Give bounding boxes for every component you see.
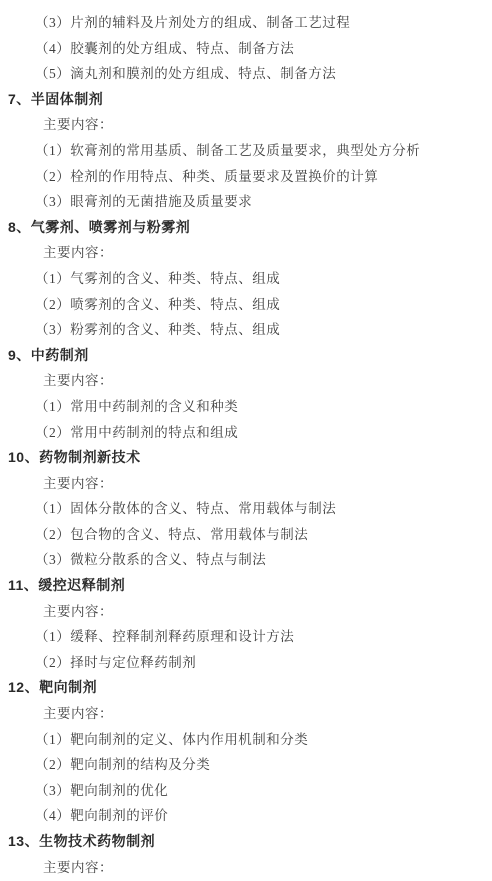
content-item: （4）胶囊剂的处方组成、特点、制备方法 <box>0 36 492 62</box>
section-title: 13、生物技术药物制剂 <box>0 829 492 855</box>
section-subtitle: 主要内容： <box>0 855 492 881</box>
section-title: 7、半固体制剂 <box>0 87 492 113</box>
section-title: 9、中药制剂 <box>0 343 492 369</box>
section-title: 8、气雾剂、喷雾剂与粉雾剂 <box>0 215 492 241</box>
content-item: （3）靶向制剂的优化 <box>0 778 492 804</box>
content-item: （1）气雾剂的含义、种类、特点、组成 <box>0 266 492 292</box>
content-item: （1）靶向制剂的定义、体内作用机制和分类 <box>0 727 492 753</box>
content-item: （1）软膏剂的常用基质、制备工艺及质量要求，典型处方分析 <box>0 138 492 164</box>
section-subtitle: 主要内容： <box>0 471 492 497</box>
section-title: 11、缓控迟释制剂 <box>0 573 492 599</box>
content-item: （3）眼膏剂的无菌措施及质量要求 <box>0 189 492 215</box>
section-subtitle: 主要内容： <box>0 240 492 266</box>
content-item: （3）粉雾剂的含义、种类、特点、组成 <box>0 317 492 343</box>
content-item: （2）喷雾剂的含义、种类、特点、组成 <box>0 292 492 318</box>
section-subtitle: 主要内容： <box>0 701 492 727</box>
content-item: （2）择时与定位释药制剂 <box>0 650 492 676</box>
content-item: （2）栓剂的作用特点、种类、质量要求及置换价的计算 <box>0 164 492 190</box>
content-item: （3）片剂的辅料及片剂处方的组成、制备工艺过程 <box>0 10 492 36</box>
document-text-block: （3）片剂的辅料及片剂处方的组成、制备工艺过程（4）胶囊剂的处方组成、特点、制备… <box>0 10 492 880</box>
section-subtitle: 主要内容： <box>0 599 492 625</box>
content-item: （2）靶向制剂的结构及分类 <box>0 752 492 778</box>
section-subtitle: 主要内容： <box>0 112 492 138</box>
content-item: （2）常用中药制剂的特点和组成 <box>0 420 492 446</box>
content-item: （2）包合物的含义、特点、常用载体与制法 <box>0 522 492 548</box>
content-item: （1）缓释、控释制剂释药原理和设计方法 <box>0 624 492 650</box>
section-subtitle: 主要内容： <box>0 368 492 394</box>
content-item: （4）靶向制剂的评价 <box>0 803 492 829</box>
content-item: （5）滴丸剂和膜剂的处方组成、特点、制备方法 <box>0 61 492 87</box>
document-page: （3）片剂的辅料及片剂处方的组成、制备工艺过程（4）胶囊剂的处方组成、特点、制备… <box>0 0 492 881</box>
content-item: （3）微粒分散系的含义、特点与制法 <box>0 547 492 573</box>
section-title: 10、药物制剂新技术 <box>0 445 492 471</box>
content-item: （1）固体分散体的含义、特点、常用载体与制法 <box>0 496 492 522</box>
section-title: 12、靶向制剂 <box>0 675 492 701</box>
content-item: （1）常用中药制剂的含义和种类 <box>0 394 492 420</box>
